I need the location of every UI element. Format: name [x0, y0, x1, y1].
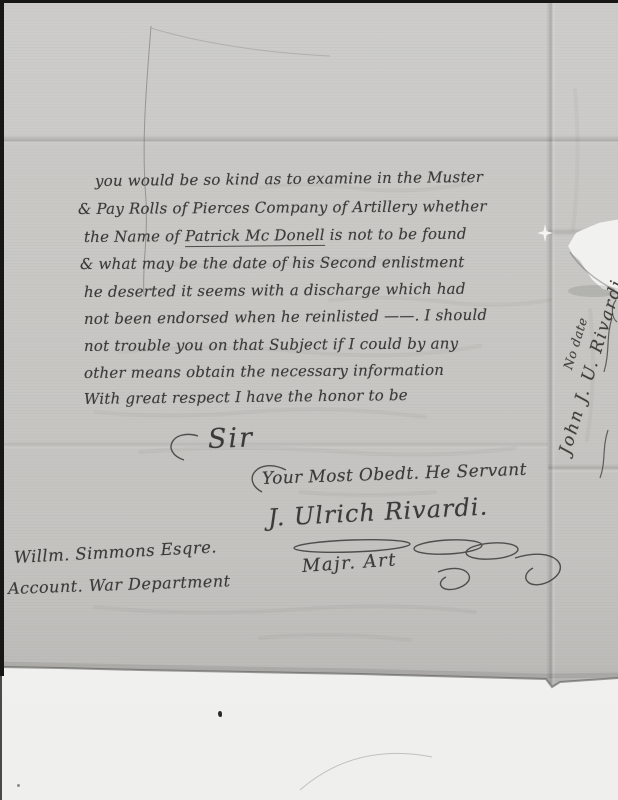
letter-line: & what may be the date of his Second enl… [80, 253, 465, 273]
fold-crease-vertical [546, 0, 556, 684]
paper-top-fold-panel [0, 0, 618, 140]
letter-line: & Pay Rolls of Pierces Company of Artill… [78, 197, 487, 218]
name-line-suffix: is not to be found [325, 225, 467, 244]
letter-line: not trouble you on that Subject if I cou… [84, 334, 458, 355]
scan-edge-top [0, 0, 618, 3]
ink-speck [17, 784, 20, 787]
salutation-sir: Sir [207, 422, 254, 455]
scan-edge-left [0, 0, 4, 676]
fold-crease-horizontal-right [548, 464, 618, 473]
letter-line-with-underlined-name: the Name of Patrick Mc Donell is not to … [84, 225, 467, 246]
ink-speck [218, 711, 222, 717]
letter-line: he deserted it seems with a discharge wh… [84, 280, 466, 301]
letter-line: other means obtain the necessary informa… [84, 361, 444, 382]
fold-crease-horizontal-middle [0, 441, 548, 449]
scanned-letter-page: { "document_kind": "scanned handwritten … [0, 0, 618, 800]
underlined-subject-name: Patrick Mc Donell [185, 226, 325, 247]
fold-crease-horizontal-top [0, 135, 618, 145]
name-line-prefix: the Name of [84, 227, 185, 246]
